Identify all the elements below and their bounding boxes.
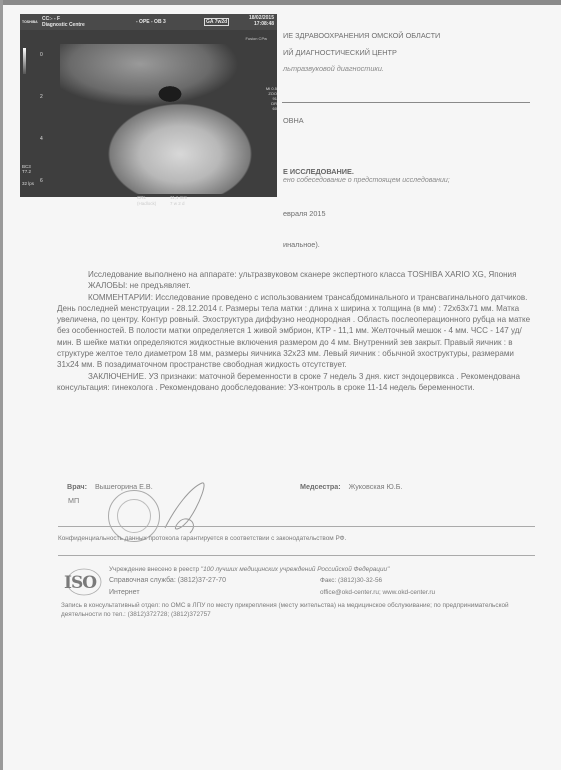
comments-text: КОММЕНТАРИИ: Исследование проведено с ис… (57, 292, 537, 371)
seal-label: МП (68, 496, 79, 505)
ultrasound-patient-info: CC:- - F Diagnostic Centre (42, 16, 85, 28)
signature-divider (58, 526, 535, 527)
fax-number: Факс: (3812)30-32-56 (320, 577, 382, 584)
ultrasound-mode: - OPE - OB 3 (136, 19, 166, 25)
appointment-info: Запись в консультативный отдел: по ОМС в… (61, 601, 531, 619)
doctor-signature: Врач: Вышегорина Е.В. (67, 482, 153, 491)
ultrasound-brand: TOSHIBA (22, 19, 38, 25)
grayscale-bar (23, 48, 26, 74)
help-desk-phone: Справочная служба: (3812)37-27-70 (109, 577, 226, 584)
internet-label: Интернет (109, 589, 140, 596)
header-divider (282, 102, 530, 103)
ultrasound-left-params: BC3 T7.2 32 lps (22, 164, 34, 186)
ultrasound-header: TOSHIBA CC:- - F Diagnostic Centre - OPE… (20, 14, 277, 30)
nurse-signature: Медсестра: Жуковская Ю.Б. (300, 482, 403, 491)
ultrasound-right-params: MI 0.5 ZOO 91 DR 60 (266, 86, 277, 111)
institution-line-1: ИЕ ЗДРАВООХРАНЕНИЯ ОМСКОЙ ОБЛАСТИ (283, 31, 440, 40)
complaints-text: ЖАЛОБЫ: не предъявляет. (57, 280, 537, 291)
ultrasound-measurement-value: 11,1 mm 7 w 2 d (170, 195, 187, 207)
exam-method-partial: инальное). (283, 240, 320, 249)
confidentiality-notice: Конфиденциальность данных протокола гара… (58, 535, 346, 542)
section-title: Е ИССЛЕДОВАНИЕ. (283, 167, 354, 176)
ultrasound-measurement-label: CRL (Hadlock) (137, 195, 156, 207)
ultrasound-image: TOSHIBA CC:- - F Diagnostic Centre - OPE… (20, 14, 277, 197)
report-body: Исследование выполнено на аппарате: ульт… (57, 269, 537, 393)
registry-notice: Учреждение внесено в реестр "100 лучших … (109, 566, 389, 573)
institution-line-2: ИЙ ДИАГНОСТИЧЕСКИЙ ЦЕНТР (283, 48, 397, 57)
footer-divider (58, 555, 535, 556)
depth-scale: 0 2 4 6 (40, 52, 48, 192)
ultrasound-scan-sector (60, 44, 270, 194)
ultrasound-datetime: 18/02/2015 17:08:48 (249, 15, 274, 27)
section-subtitle: ено собеседование о предстоящем исследов… (283, 177, 450, 184)
ultrasound-gestational-age: GA 7w2d (204, 18, 229, 26)
exam-date-partial: евраля 2015 (283, 209, 326, 218)
contact-links[interactable]: office@okd-center.ru; www.okd-center.ru (320, 589, 435, 596)
iso-logo: ISO (64, 567, 104, 597)
conclusion-text: ЗАКЛЮЧЕНИЕ. УЗ признаки: маточной береме… (57, 371, 537, 394)
department-line: льтразвуковой диагностики. (283, 64, 384, 73)
handwritten-signature (160, 478, 210, 538)
equipment-text: Исследование выполнено на аппарате: ульт… (57, 269, 537, 280)
ultrasound-probe: Fusion CPw (245, 36, 267, 41)
patient-name-partial: ОВНА (283, 116, 304, 125)
